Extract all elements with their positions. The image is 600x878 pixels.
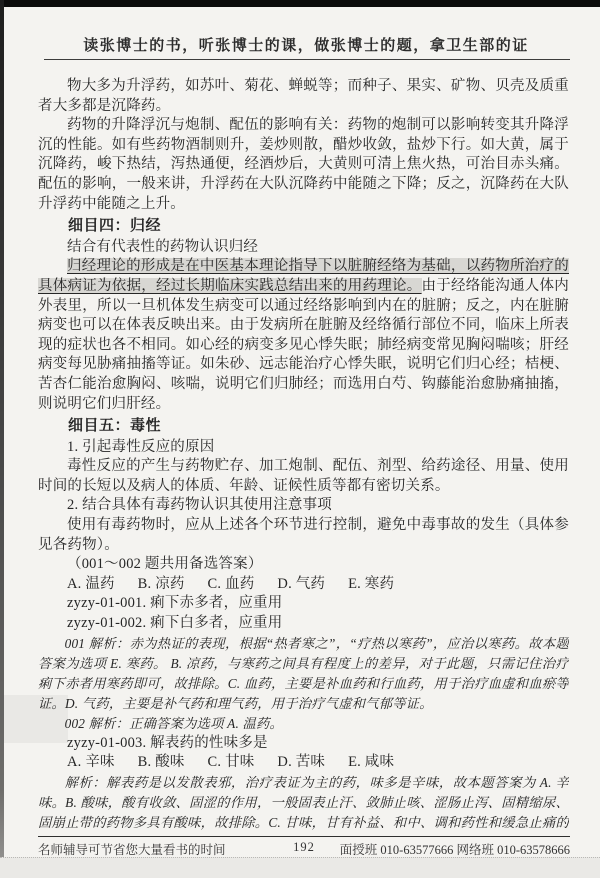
question-003: zyzy-01-003. 解表药的性味多是 [38,734,569,754]
section-heading-duxing: 细目五：毒性 [38,416,569,436]
page-body: 物大多为升浮药，如苏叶、菊花、蝉蜕等；而种子、果实、矿物、贝壳及质重者大多都是沉… [38,77,569,833]
footer-contact: 面授班 010-63577666 网络班 010-63578666 [340,840,570,858]
page-header-slogan: 读张博士的书，听张博士的课，做张博士的题，拿卫生部的证 [42,34,570,55]
question-001: zyzy-01-001. 痢下赤多者，应重用 [38,594,569,614]
duxing-item-1: 1. 引起毒性反应的原因 [38,438,569,458]
paragraph-toxicity-causes: 毒性反应的产生与药物贮存、加工炮制、配伍、剂型、给药途径、用量、使用时间的长短以… [38,457,569,496]
paragraph-toxicity-usage: 使用有毒药物时，应从上述各个环节进行控制，避免中毒事故的发生（具体参见各药物）。 [38,516,569,555]
footer-rule [38,836,570,837]
guijing-theory-rest: 由于经络能沟通人体内外表里，所以一旦机体发生病变可以通过经络影响到内在的脏腑；反… [38,278,569,412]
question-002: zyzy-01-002. 痢下白多者，应重用 [38,614,569,634]
paragraph-guijing-theory: 归经理论的形成是在中医基本理论指导下以脏腑经络为基础，以药物所治疗的具体病证为依… [38,257,569,414]
paragraph-processing-influence: 药物的升降浮沉与炮制、配伍的影响有关：药物的炮制可以影响转变其升降浮沉的性能。如… [38,116,569,214]
question-003-options: A. 辛味 B. 酸味 C. 甘味 D. 苦味 E. 咸味 [38,753,569,773]
scan-top-edge [0,0,600,7]
page-footer: 名师辅导可节省您大量看书的时间 192 面授班 010-63577666 网络班… [38,840,570,858]
duxing-item-2: 2. 结合具体有毒药物认识其使用注意事项 [38,496,569,516]
header-rule [44,59,570,60]
paragraph-ascending-herbs: 物大多为升浮药，如苏叶、菊花、蝉蜕等；而种子、果实、矿物、贝壳及质重者大多都是沉… [38,77,569,116]
question-group-header: （001～002 题共用备选答案） [38,555,569,575]
question-group-options: A. 温药 B. 凉药 C. 血药 D. 气药 E. 寒药 [38,575,569,595]
section-heading-guijing: 细目四：归经 [38,216,569,236]
analysis-002: 002 解析：正确答案为选项 A. 温药。 [38,714,569,734]
analysis-003: 解析：解表药是以发散表邪，治疗表证为主的药，味多是辛味，故本题答案为 A. 辛味… [38,773,569,833]
scanned-textbook-page: 读张博士的书，听张博士的课，做张博士的题，拿卫生部的证 物大多为升浮药，如苏叶、… [0,0,600,878]
analysis-001: 001 解析：赤为热证的表现，根据“热者寒之”，“疗热以寒药”，应治以寒药。故本… [38,634,569,714]
section-guijing-subtitle: 结合有代表性的药物认识归经 [38,238,569,258]
scan-left-edge [0,0,4,878]
scan-bottom-edge [0,857,600,878]
